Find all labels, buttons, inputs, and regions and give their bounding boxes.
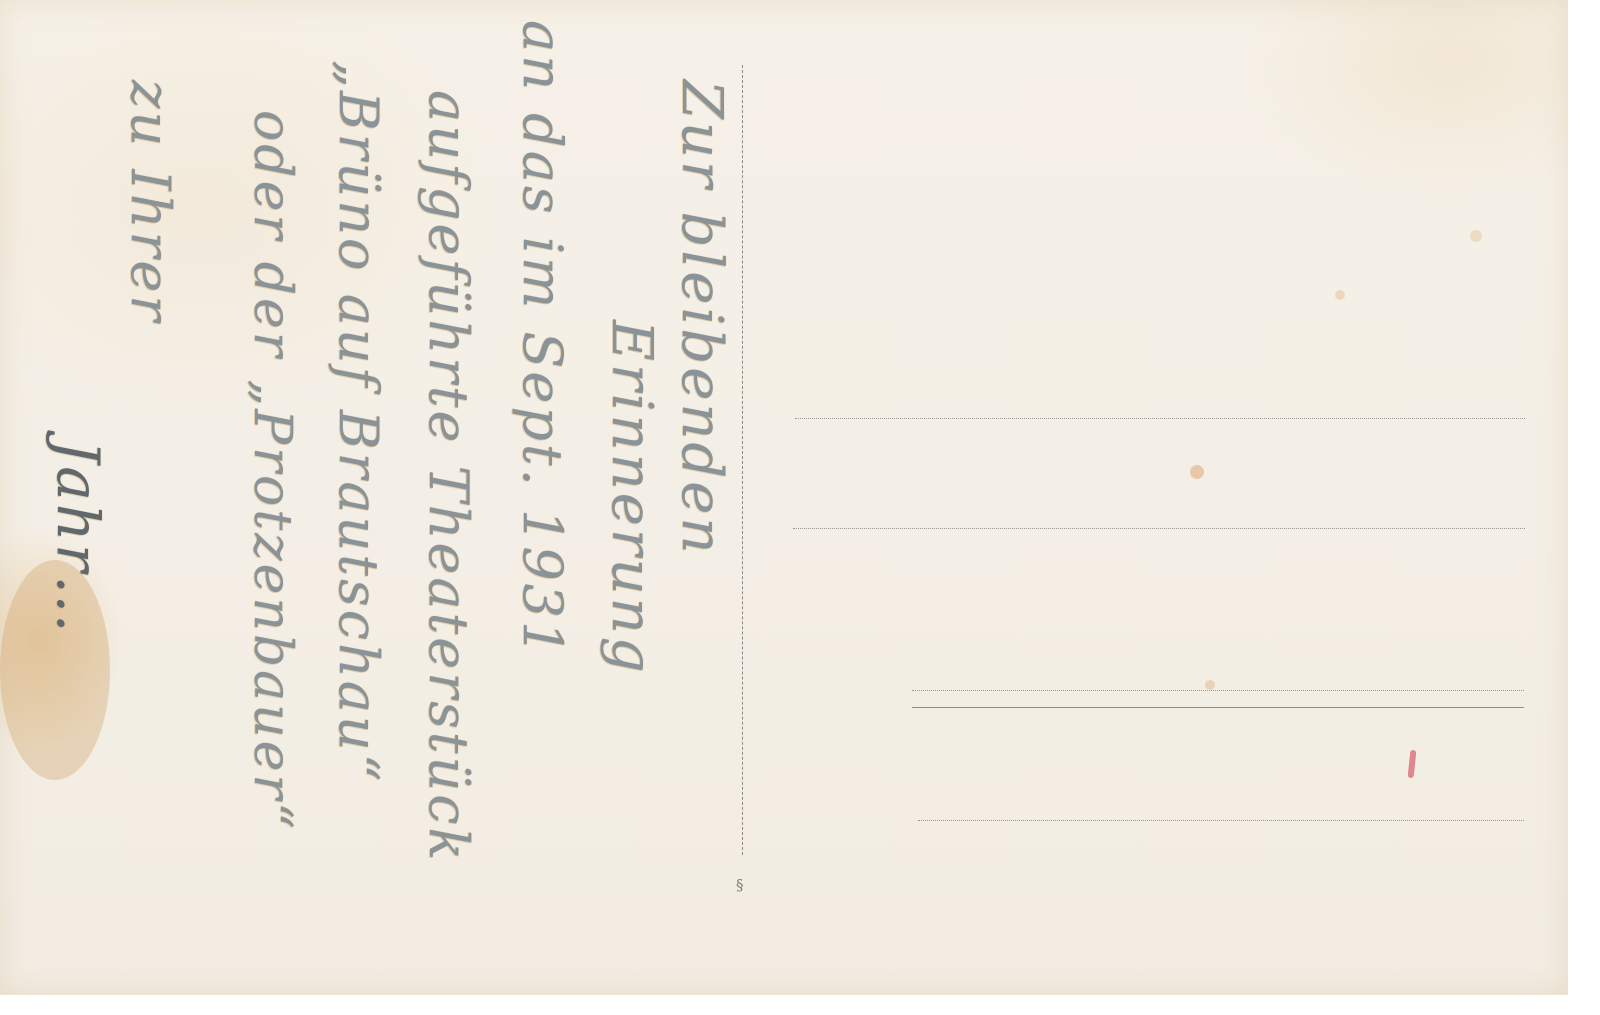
message-line: zu Ihrer [119,80,182,324]
address-line-3 [912,690,1524,691]
handwritten-message: Zur bleibenden Erinnerung an das im Sept… [0,20,742,1000]
message-line: „Brüno auf Brautschau“ [327,60,390,784]
message-line: aufgeführte Theaterstück [417,90,480,863]
message-line: Erinnerung [599,320,664,676]
foxing-spot [1190,465,1204,479]
address-line-2 [793,528,1525,529]
address-line-4 [918,820,1524,821]
signature: Jahr… [44,440,112,636]
message-line: Zur bleibenden [669,80,734,556]
foxing-spot [1335,290,1345,300]
red-ink-mark [1408,750,1417,778]
address-underline [912,707,1524,708]
foxing-spot [1470,230,1482,242]
scan-margin-right [1568,0,1600,1015]
message-line: oder der „Protzenbauer“ [242,110,302,832]
foxing-spot [1205,680,1215,690]
postcard-back: § Zur bleibenden Erinnerung an das im Se… [0,0,1568,995]
address-line-1 [795,418,1525,419]
divider-line [742,65,743,855]
scan-margin-bottom [0,995,1600,1015]
message-line: an das im Sept. 1931 [511,20,574,658]
